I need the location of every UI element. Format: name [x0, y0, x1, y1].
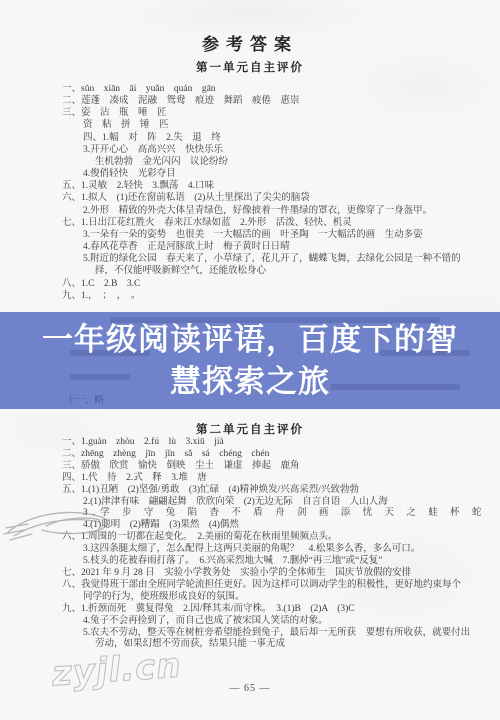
answer-line: 5.附近的绿化公园 春天来了，小草绿了，花儿开了，蝴蝶飞舞，去绿化公园是一种不错…	[62, 253, 482, 265]
answer-line: 择，不仅能呼吸新鲜空气，还能放松身心	[62, 265, 482, 277]
answer-line: 九、1.折颈而死 冀复得兔 2.因/释其耒/而守株。 3.(1)B (2)A (…	[62, 604, 482, 616]
answer-line: 三、姿 沾 瓶 唾 匠	[62, 107, 482, 119]
answer-line: 3.开开心心 高高兴兴 快快乐乐	[62, 144, 482, 156]
page-title: 参考答案	[0, 30, 500, 55]
answer-line: 九、1.， ； ， 。	[62, 290, 482, 302]
unit1-answers: 一、sǔn xiān āi yuǎn quán gān二、莲蓬 凑成 泥融 鸳鸯…	[62, 83, 482, 302]
answer-line: 七、1.日出江花红胜火 春来江水绿如蓝 2.外形 活泼、轻快、机灵	[62, 217, 482, 229]
pencil-scribble	[2, 500, 152, 555]
answer-line: 五、1.(1)丑陋 (2)坚强/勇敢 (3)忙碌 (4)精神焕发/兴高采烈/兴致…	[62, 485, 482, 497]
answer-line: 4.春风花草香 正是河豚欲上时 梅子黄时日日晴	[62, 241, 482, 253]
answer-line: 资 粘 拼 锤 匹	[62, 119, 482, 131]
answer-line: 八、我觉得班干部由全班同学轮流担任更好。因为这样可以调动学生的积极性，更好地约束…	[62, 580, 482, 592]
answer-line: 4.俊俏轻快 光彩夺目	[62, 168, 482, 180]
answer-line: 5.枝头的花被春雨打落了。 6.兴高采烈地大喊 7.删掉“再三地”或“反复”	[62, 556, 482, 568]
answer-line: 一、1.guàn zhòu 2.fú lù 3.xiū jià	[62, 437, 482, 449]
banner-caption-line2: 慧探索之旅	[0, 361, 500, 403]
answer-line: 5.农夫不劳动，整天等在树桩旁希望能捡到兔子，最后却一无所获 要想有所收获，就要…	[62, 628, 482, 640]
unit2-heading: 第二单元自主评价	[0, 421, 500, 437]
answer-line: 2.外形 精致的外壳大体呈青绿色，好像披着一件墨绿的罩衣，更像穿了一身盔甲。	[62, 205, 482, 217]
answer-line: 4.兔子不会再捡到了，而自己也成了被宋国人笑话的对象。	[62, 616, 482, 628]
answer-line: 八、1.C 2.B 3.C	[62, 278, 482, 290]
answer-line: 二、莲蓬 凑成 泥融 鸳鸯 痕迹 舞蹈 疲倦 惠崇	[62, 95, 482, 107]
answer-line: 七、2021 年 9 月 28 日 实验小学教务处 实验小学的全体师生 国庆节放…	[62, 568, 482, 580]
answer-line: 生机勃勃 金光闪闪 议论纷纷	[62, 156, 482, 168]
answer-line: 六、1.拟人 (1)还在窗前私语 (2)从土里探出了尖尖的脑袋	[62, 192, 482, 204]
answer-line: 四、1.幅 对 阵 2.失 退 终	[62, 132, 482, 144]
answer-line: 五、1.灵敏 2.轻快 3.飘荡 4.口味	[62, 180, 482, 192]
answer-line: 三、骄傲 欣赏 愉快 倒映 尘土 谦虚 捧起 鹿角	[62, 461, 482, 473]
banner-caption-line1: 一年级阅读评语，百度下的智	[0, 319, 500, 361]
answer-line: 四、1.代 待 2.式 释 3.堆 唐	[62, 473, 482, 485]
answer-line: 二、zhēng zhèng jīn jǐn sǎ sá chéng chén	[62, 449, 482, 461]
answer-line: 3.一朵有一朵的姿势 也很美 一大幅活的画 叶圣陶 一大幅活的画 生动多姿	[62, 229, 482, 241]
answer-line: 同学的行为，使班级形成良好的氛围。	[62, 592, 482, 604]
scanned-answer-page: 参考答案 第一单元自主评价 一、sǔn xiān āi yuǎn quán gā…	[0, 0, 500, 720]
promo-banner-overlay: 十一、略 一年级阅读评语，百度下的智 慧探索之旅	[0, 312, 500, 409]
answer-line: 一、sǔn xiān āi yuǎn quán gān	[62, 83, 482, 95]
unit1-heading: 第一单元自主评价	[0, 59, 500, 75]
banner-caption: 一年级阅读评语，百度下的智 慧探索之旅	[0, 319, 500, 403]
